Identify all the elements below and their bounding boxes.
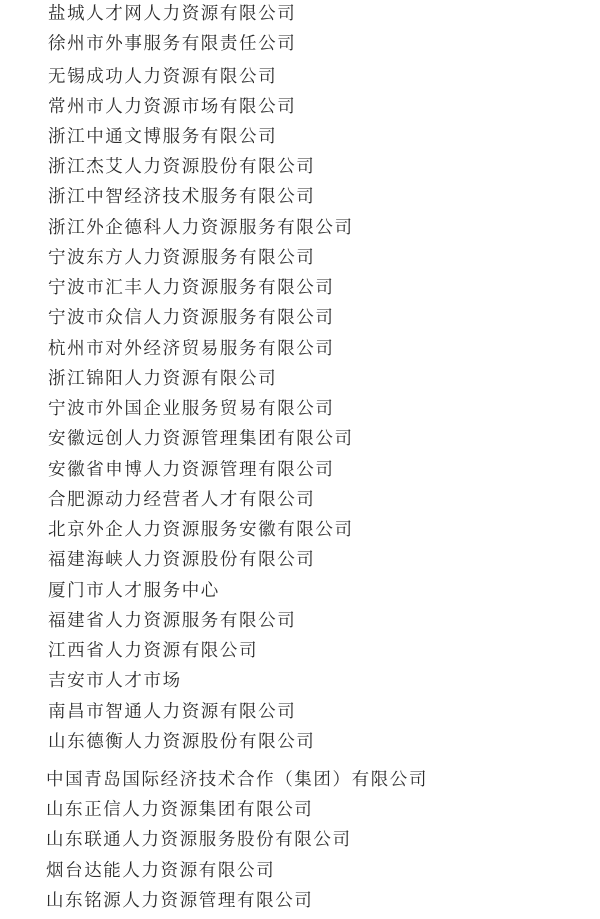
company-name: 江西省人力资源有限公司 (48, 640, 258, 662)
company-name: 山东德衡人力资源股份有限公司 (48, 731, 315, 753)
company-name: 福建海峡人力资源股份有限公司 (48, 549, 315, 571)
company-name: 中国青岛国际经济技术合作（集团）有限公司 (46, 769, 428, 791)
company-name: 烟台达能人力资源有限公司 (46, 860, 275, 882)
company-name: 安徽远创人力资源管理集团有限公司 (48, 428, 354, 450)
company-name: 杭州市对外经济贸易服务有限公司 (48, 338, 335, 360)
company-name: 厦门市人才服务中心 (48, 580, 220, 602)
company-name: 山东联通人力资源服务股份有限公司 (46, 829, 352, 851)
company-name: 宁波市外国企业服务贸易有限公司 (48, 398, 335, 420)
company-name: 无锡成功人力资源有限公司 (48, 66, 277, 88)
company-name: 浙江杰艾人力资源股份有限公司 (48, 156, 315, 178)
company-name: 山东正信人力资源集团有限公司 (46, 799, 313, 821)
company-name: 安徽省申博人力资源管理有限公司 (48, 459, 335, 481)
company-name: 福建省人力资源服务有限公司 (48, 610, 296, 632)
company-name: 北京外企人力资源服务安徽有限公司 (48, 519, 354, 541)
company-name: 徐州市外事服务有限责任公司 (48, 33, 296, 55)
company-name: 南昌市智通人力资源有限公司 (48, 701, 296, 723)
company-name: 常州市人力资源市场有限公司 (48, 96, 296, 118)
company-name: 浙江中智经济技术服务有限公司 (48, 186, 315, 208)
company-name: 吉安市人才市场 (48, 670, 182, 692)
company-name: 盐城人才网人力资源有限公司 (48, 3, 296, 25)
company-name: 宁波东方人力资源服务有限公司 (48, 247, 315, 269)
company-name: 浙江中通文博服务有限公司 (48, 126, 277, 148)
company-name: 浙江锦阳人力资源有限公司 (48, 368, 277, 390)
company-name: 合肥源动力经营者人才有限公司 (48, 489, 315, 511)
company-name: 宁波市众信人力资源服务有限公司 (48, 307, 335, 329)
company-name: 宁波市汇丰人力资源服务有限公司 (48, 277, 335, 299)
company-name: 山东铭源人力资源管理有限公司 (46, 890, 313, 912)
company-name: 浙江外企德科人力资源服务有限公司 (48, 217, 354, 239)
